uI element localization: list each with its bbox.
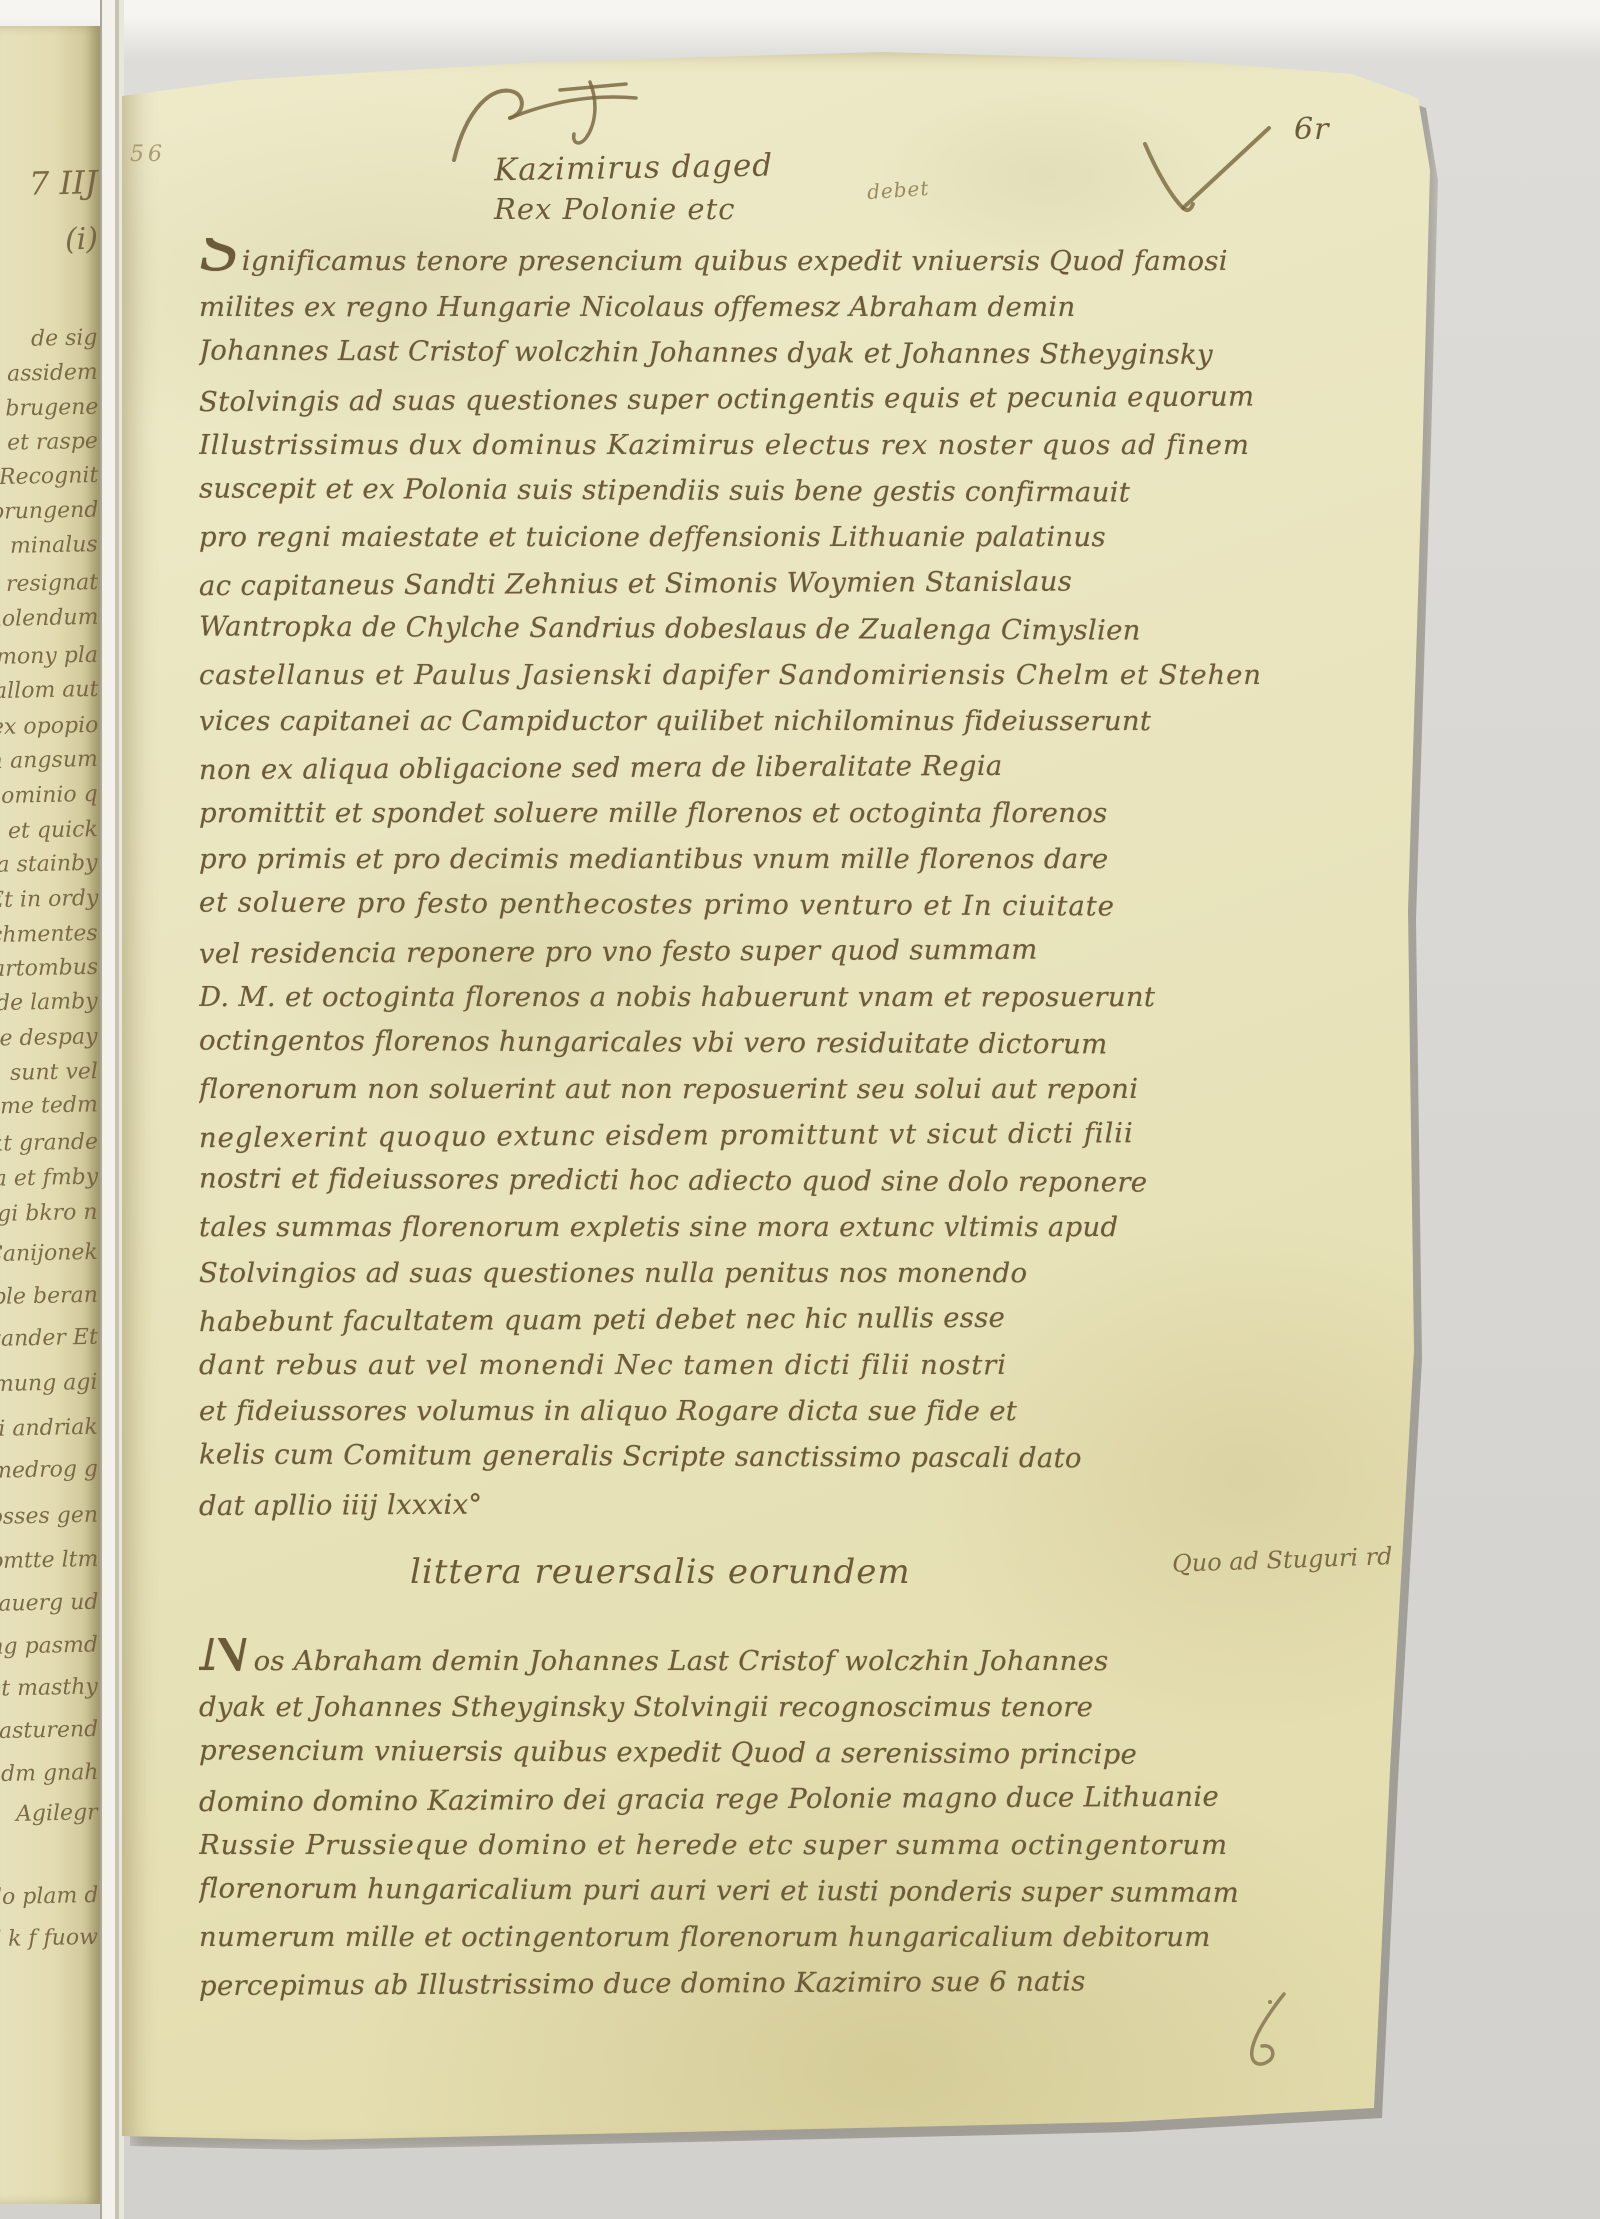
body-text-line: percepimus ab Illustrissimo duce domino … [199, 1957, 1369, 2009]
body-text-line: D. M. et octoginta florenos a nobis habu… [199, 974, 1369, 1020]
body-block-1: Significamus tenore presencium quibus ex… [199, 238, 1369, 1526]
body-text-line: pro regni maiestate et tuicione deffensi… [199, 514, 1369, 560]
old-folio-number: 56 [130, 142, 166, 167]
margin-note: bartombus [0, 955, 98, 983]
body-text-line: dant rebus aut vel monendi Nec tamen dic… [199, 1342, 1369, 1388]
check-mark-icon [1137, 122, 1277, 217]
section-side-note: Quo ad Stuguri rd [1172, 1542, 1393, 1578]
margin-note: ntander Et [0, 1325, 98, 1353]
body-text-line: castellanus et Paulus Jasienski dapifer … [199, 652, 1369, 698]
margin-note: imuli me tedm [0, 1092, 98, 1120]
margin-note: sua stainby [0, 851, 98, 879]
body-text-line: presencium vniuersis quibus expedit Quod… [199, 1727, 1369, 1778]
body-text-line: neglexerint quoquo extunc eisdem promitt… [199, 1109, 1369, 1161]
body-text-line: Wantropka de Chylche Sandrius dobeslaus … [199, 603, 1369, 654]
facing-page-edge: 7 IIJ(i)de sigb assidemges brugenele et … [0, 26, 100, 2204]
end-flourish-icon [1230, 1988, 1300, 2078]
debet-note: debet [866, 176, 930, 204]
body-text-line: habebunt facultatem quam peti debet nec … [199, 1293, 1369, 1345]
margin-note: le et raspe [0, 429, 98, 456]
body-text-line: kelis cum Comitum generalis Scripte sanc… [199, 1431, 1369, 1482]
margin-note: amorungend [0, 498, 98, 526]
body-text-line: non ex aliqua obligacione sed mera de li… [199, 741, 1369, 793]
margin-note: g mony pla [0, 643, 98, 671]
section-heading: littera reuersalis eorundem [410, 1552, 911, 1592]
page-gutter-strip [100, 0, 124, 2219]
margin-note: ae medrog g [0, 1457, 98, 1485]
margin-note: Et in ordy [0, 886, 98, 913]
manuscript-page: 56 Kazimirus daged Rex Polonie etc debet… [122, 50, 1442, 2150]
manuscript-scan: 7 IIJ(i)de sigb assidemges brugenele et … [0, 0, 1600, 2219]
body-text-line: suscepit et ex Polonia suis stipendiis s… [199, 465, 1369, 516]
margin-note: Recognit [0, 463, 98, 490]
body-text-line: tales summas florenorum expletis sine mo… [199, 1204, 1369, 1250]
margin-note: chmentes [0, 921, 98, 948]
body-text-line: et soluere pro festo penthecostes primo … [199, 879, 1369, 930]
margin-note: dominio q [0, 782, 98, 809]
margin-note: prokt grande [0, 1129, 98, 1157]
body-text-line: numerum mille et octingentorum florenoru… [199, 1914, 1369, 1960]
body-text-line: nostri et fideiussores predicti hoc adie… [199, 1155, 1369, 1206]
body-text-line: dat apllio iiij lxxxix° [199, 1477, 1369, 1529]
margin-note: b assidem [0, 360, 98, 387]
body-text-line: Russie Prussieque domino et herede etc s… [199, 1822, 1369, 1868]
body-text-line: Nos Abraham demin Johannes Last Cristof … [199, 1638, 1369, 1684]
margin-note: h angsum [0, 747, 98, 774]
body-block-2: Nos Abraham demin Johannes Last Cristof … [199, 1638, 1369, 2006]
margin-note: Glosses gen [0, 1503, 98, 1531]
header-title: Kazimirus daged [494, 148, 774, 189]
body-text-line: octingentos florenos hungaricales vbi ve… [199, 1017, 1369, 1068]
margin-note: ng et masthy [0, 1674, 98, 1702]
margin-note: ges brugene [0, 395, 98, 423]
margin-note: agi bkro n [0, 1200, 98, 1227]
margin-note: nhauerg ud [0, 1590, 98, 1618]
margin-note: nhi andriak [0, 1415, 98, 1443]
body-text-line: vices capitanei ac Campiductor quilibet … [199, 698, 1369, 744]
header-subtitle: Rex Polonie etc [494, 192, 736, 226]
margin-note: de sig [31, 325, 98, 351]
margin-note: ce pge despay [0, 1024, 98, 1052]
body-text-line: domino domino Kazimiro dei gracia rege P… [199, 1773, 1369, 1825]
body-text-line: milites ex regno Hungarie Nicolaus offem… [199, 284, 1369, 330]
body-text-line: Significamus tenore presencium quibus ex… [199, 238, 1369, 284]
margin-note: mple beran [0, 1283, 98, 1311]
body-text-line: Stolvingis ad suas questiones super octi… [199, 373, 1369, 425]
body-text-line: Johannes Last Cristof wolczhin Johannes … [199, 327, 1369, 378]
margin-note: 7 IIJ [29, 163, 98, 202]
margin-note: et quick [8, 817, 98, 844]
margin-note: Agilegr [16, 1800, 98, 1827]
manuscript-page-wrap: 56 Kazimirus daged Rex Polonie etc debet… [122, 50, 1442, 2150]
margin-note: sunt vel [10, 1059, 98, 1086]
margin-note: mung agi [0, 1370, 98, 1397]
body-text-line: dyak et Johannes Stheyginsky Stolvingii … [199, 1684, 1369, 1730]
folio-number: 6r [1294, 112, 1329, 147]
margin-note: molendum [0, 605, 98, 632]
margin-note: ex opopio [0, 713, 98, 740]
margin-note: minalus [10, 532, 98, 559]
body-text-line: et fideiussores volumus in aliquo Rogare… [199, 1388, 1369, 1434]
margin-note: allom aut [0, 677, 98, 704]
margin-note: de lamby [0, 989, 98, 1016]
body-text-line: vel residencia reponere pro vno festo su… [199, 925, 1369, 977]
margin-note: asturend [0, 1717, 98, 1744]
margin-note: lo plam d [0, 1883, 98, 1910]
body-text-line: florenorum hungaricalium puri auri veri … [199, 1865, 1369, 1916]
body-text-line: Stolvingios ad suas questiones nulla pen… [199, 1250, 1369, 1296]
margin-note: resignat [6, 570, 99, 597]
body-text-line: ac capitaneus Sandti Zehnius et Simonis … [199, 557, 1369, 609]
body-text-line: pro primis et pro decimis mediantibus vn… [199, 836, 1369, 882]
body-text-line: promittit et spondet soluere mille flore… [199, 790, 1369, 836]
margin-note: agra et fmby [0, 1165, 98, 1193]
body-text-line: florenorum non soluerint aut non reposue… [199, 1066, 1369, 1112]
margin-note: dm gnah [0, 1760, 98, 1787]
margin-note: pmtte ltm [0, 1547, 98, 1574]
margin-note: E k f fuow [0, 1925, 98, 1952]
body-text-line: Illustrissimus dux dominus Kazimirus ele… [199, 422, 1369, 468]
margin-note: (i) [65, 222, 99, 258]
margin-note: alung pasmd [0, 1633, 98, 1661]
margin-note: Canijonek [0, 1240, 98, 1267]
